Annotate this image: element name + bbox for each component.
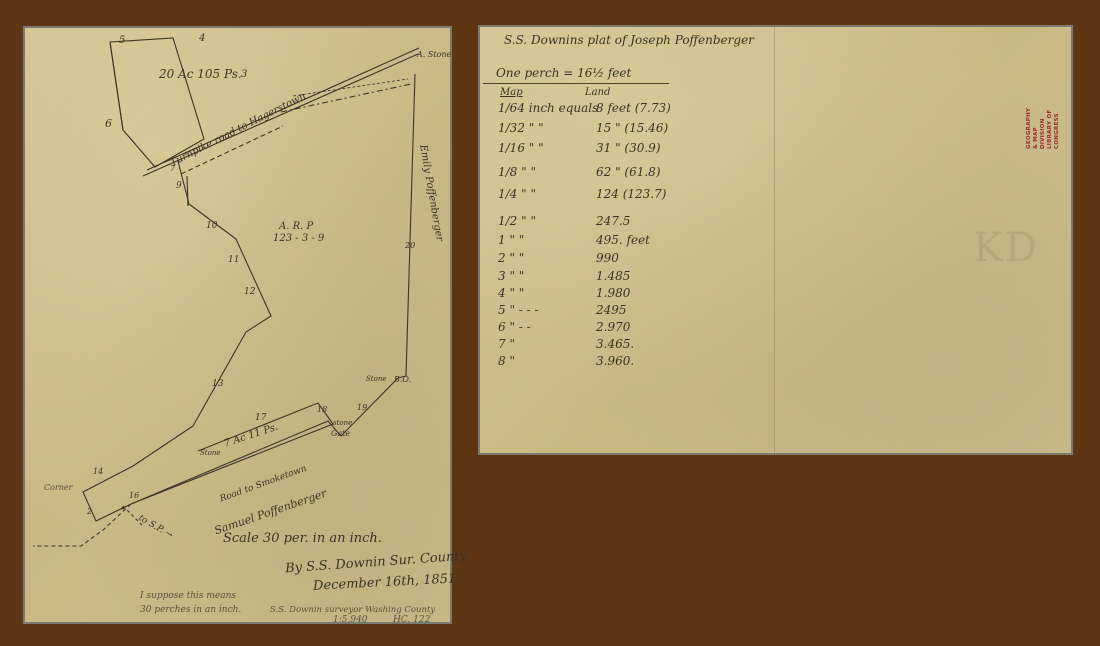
station-label: 16 (129, 492, 139, 500)
a-stone-label: A. Stone (417, 51, 451, 59)
station-label: 14 (93, 468, 103, 476)
catalog-scale: 1:5,940 (333, 616, 368, 625)
main-parcel-header: A. R. P (279, 222, 313, 232)
station-label: 19 (357, 404, 367, 412)
map-cell: 1/16 " " (498, 141, 544, 155)
bo-label: B.O. (394, 376, 411, 384)
station-label: 2 (87, 508, 92, 516)
station-label: 6 (105, 118, 112, 129)
table-row: 1/4 " " 124 (123.7) (478, 187, 678, 205)
gate-label: Gate (331, 430, 350, 438)
watermark: KD (973, 225, 1039, 271)
annotation-line-2: 30 perches in an inch. (140, 606, 241, 615)
station-label: 5 (119, 36, 125, 46)
land-cell: 15 " (15.46) (596, 121, 668, 135)
annotation-line-1: I suppose this means (140, 592, 236, 601)
land-cell: 1.485 (596, 269, 630, 283)
map-cell: 6 " - - (498, 320, 531, 334)
station-label: 18 (317, 406, 327, 414)
land-cell: 2495 (596, 303, 627, 317)
catalog-number: HC. 122 (393, 616, 430, 625)
land-cell: 1.980 (596, 286, 630, 300)
table-row: 8 " 3.960. (478, 354, 678, 372)
map-cell: 1/8 " " (498, 165, 536, 179)
stamp-line-2: Library of Congress (1047, 102, 1061, 149)
table-row: 3 " " 1.485 (478, 269, 678, 287)
table-row: 7 " 3.465. (478, 337, 678, 355)
stamp-line-1: Geography & Map Division (1026, 102, 1047, 149)
table-row: 1/2 " " 247.5 (478, 214, 678, 232)
sheet-title: S.S. Downins plat of Joseph Poffenberger (504, 34, 754, 46)
station-label: 10 (206, 222, 217, 231)
map-cell: 8 " (498, 354, 515, 368)
map-cell: 1/4 " " (498, 187, 536, 201)
plat-sheet: 5 4 3 6 7 9 10 11 12 13 14 2 16 17 18 19… (23, 26, 452, 624)
column-header-map: Map (500, 88, 523, 98)
land-cell: 124 (123.7) (596, 187, 666, 201)
land-cell: 31 " (30.9) (596, 141, 661, 155)
map-cell: 1/32 " " (498, 121, 544, 135)
land-cell: 247.5 (596, 214, 630, 228)
station-label: 17 (255, 414, 266, 423)
station-label: 20 (405, 242, 415, 250)
table-row: 1 " " 495. feet (478, 233, 678, 251)
divider (483, 83, 669, 84)
library-stamp: Geography & Map Division Library of Cong… (1026, 102, 1061, 149)
scale-table-sheet: KD S.S. Downins plat of Joseph Poffenber… (478, 25, 1073, 455)
station-label: 11 (228, 256, 239, 265)
map-cell: 5 " - - - (498, 303, 539, 317)
table-row: 1/16 " " 31 " (30.9) (478, 141, 678, 159)
map-cell: 1 " " (498, 233, 524, 247)
stone-label: stone (333, 420, 352, 427)
table-row: 5 " - - - 2495 (478, 303, 678, 321)
column-header-land: Land (585, 88, 610, 98)
station-label: 4 (199, 34, 205, 44)
table-row: 1/64 inch equals 8 feet (7.73) (478, 101, 678, 119)
station-label: 13 (212, 380, 223, 389)
land-cell: 990 (596, 251, 619, 265)
corner-label: Corner (44, 484, 72, 492)
surveyor-note: S.S. Downin surveyor Washing County (270, 606, 435, 615)
land-cell: 8 feet (7.73) (596, 101, 671, 115)
fold-line (774, 25, 775, 455)
land-cell: 3.465. (596, 337, 634, 351)
main-parcel-area: 123 - 3 - 9 (273, 234, 324, 244)
table-row: 4 " " 1.980 (478, 286, 678, 304)
scale-note: Scale 30 per. in an inch. (223, 532, 382, 545)
map-cell: 7 " (498, 337, 515, 351)
map-cell: 1/64 inch equals (498, 101, 598, 115)
map-cell: 2 " " (498, 251, 524, 265)
land-cell: 2.970 (596, 320, 630, 334)
station-label: 12 (244, 288, 255, 297)
map-cell: 3 " " (498, 269, 524, 283)
stone-label: Stone (200, 450, 220, 457)
upper-parcel-area: 20 Ac 105 Ps. (159, 68, 242, 80)
land-cell: 62 " (61.8) (596, 165, 661, 179)
perch-definition: One perch = 16½ feet (496, 67, 631, 79)
table-row: 1/8 " " 62 " (61.8) (478, 165, 678, 183)
table-row: 1/32 " " 15 " (15.46) (478, 121, 678, 139)
station-label: 9 (176, 182, 182, 191)
map-cell: 1/2 " " (498, 214, 536, 228)
table-row: 2 " " 990 (478, 251, 678, 269)
land-cell: 3.960. (596, 354, 634, 368)
map-cell: 4 " " (498, 286, 524, 300)
table-row: 6 " - - 2.970 (478, 320, 678, 338)
stone-label: Stone (366, 376, 386, 383)
land-cell: 495. feet (596, 233, 650, 247)
